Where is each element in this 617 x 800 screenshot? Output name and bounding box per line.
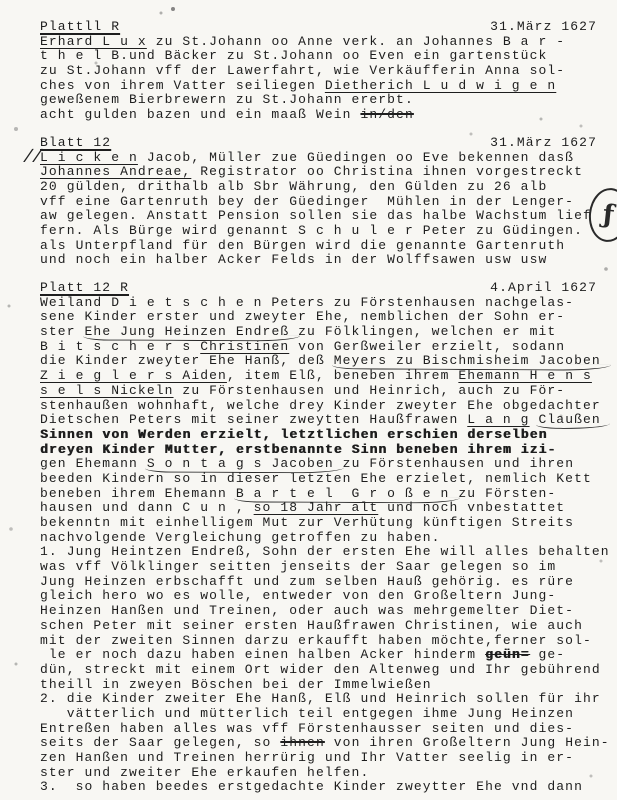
- emphasized-text-segment: L i c k e n: [40, 150, 138, 165]
- text-line: Dietschen Peters mit seiner zweytten Hau…: [40, 413, 597, 428]
- text-line: fern. Als Bürge wird genannt S c h u l e…: [40, 224, 597, 239]
- text-line: beeden Kindern so in dieser letzten Ehe …: [40, 472, 597, 487]
- emphasized-text-segment: Dietherich L u d w i g e n: [325, 78, 556, 93]
- text-line: zen Hanßen und Treinen herrürig und Ihr …: [40, 751, 597, 766]
- entry-section: Blatt 1231.März 1627L i c k e n Jacob, M…: [40, 136, 597, 268]
- text-line: L i c k e n Jacob, Müller zue Güedingen …: [40, 151, 597, 166]
- text-line: mit der zweiten Sinnen darzu erkaufft ha…: [40, 634, 597, 649]
- text-segment: beneben ihrem Ehemann: [40, 486, 236, 501]
- text-line: 1. Jung Heintzen Endreß, Sohn der ersten…: [40, 545, 597, 560]
- text-line: was vff Völklinger seitten jenseits der …: [40, 560, 597, 575]
- text-segment: 3. so haben beedes erstgedachte Kinder z…: [40, 779, 583, 794]
- text-segment: t h e l B.und Bäcker zu St.Johann oo Eve…: [40, 48, 547, 63]
- text-segment: Jung Heinzen erbschafft und zum selben H…: [40, 574, 574, 589]
- text-segment: zu Förstenhausen und Heinrich, auch zu F…: [174, 383, 566, 398]
- text-line: Entreßen haben alles was vff Förstenhaus…: [40, 722, 597, 737]
- text-line: seits der Saar gelegen, so ihnen von ihr…: [40, 736, 597, 751]
- emphasized-text-segment: erstbenannte Sinn beneben ihrem izi-: [236, 442, 556, 457]
- entry-heading: Platt 12 R: [40, 281, 129, 296]
- text-line: schen Peter mit seiner ersten Haußfrawen…: [40, 619, 597, 634]
- entry-date: 31.März 1627: [490, 136, 597, 151]
- document-body: Plattll R31.März 1627Erhard L u x zu St.…: [40, 20, 597, 795]
- emphasized-text-segment: Sinnen von Werden erzielt, letztlichen e…: [40, 427, 547, 442]
- text-line: Sinnen von Werden erzielt, letztlichen e…: [40, 428, 597, 443]
- text-line: vff eine Gartenruth bey der Güedinger Mü…: [40, 195, 597, 210]
- text-segment: vätterlich und mütterlich teil entgegen …: [40, 706, 574, 721]
- text-segment: gen Ehemann: [40, 456, 147, 471]
- text-segment: stenhaußen wohnhaft, welche drey Kinder …: [40, 398, 601, 413]
- text-line: bekenntn mit einhelligem Mut zur Verhütu…: [40, 516, 597, 531]
- text-line: die Kinder zweyter Ehe Hanß, deß Meyers …: [40, 354, 597, 369]
- text-segment: mit der zweiten Sinnen darzu erkaufft ha…: [40, 633, 592, 648]
- text-line: zu St.Johann vff der Lawerfahrt, wie Ver…: [40, 64, 597, 79]
- text-line: 2. die Kinder zweiter Ehe Hanß, Elß und …: [40, 692, 597, 707]
- entry-date: 31.März 1627: [490, 20, 597, 35]
- emphasized-text-segment: Erhard L u x: [40, 34, 147, 49]
- text-segment: zu St.Johann vff der Lawerfahrt, wie Ver…: [40, 63, 565, 78]
- text-line: s e l s Nickeln zu Förstenhausen und Hei…: [40, 384, 597, 399]
- text-line: ches von ihrem Vatter seiliegen Dietheri…: [40, 79, 597, 94]
- text-line: Z i e g l e r s Aiden, item Elß, beneben…: [40, 369, 597, 384]
- text-line: ster und zweiter Ehe erkaufen helfen.: [40, 766, 597, 781]
- text-segment: Jacob, Müller zue Güedingen oo Eve beken…: [138, 150, 574, 165]
- entry-date: 4.April 1627: [490, 281, 597, 296]
- text-line: geweßenem Bierbrewern zu St.Johann ererb…: [40, 93, 597, 108]
- text-segment: was vff Völklinger seitten jenseits der …: [40, 559, 556, 574]
- text-line: dün, streckt mit einem Ort wider den Alt…: [40, 663, 597, 678]
- text-segment: seits der Saar gelegen, so: [40, 735, 280, 750]
- text-segment: von Gerßweiler erzielt, sodann: [289, 339, 565, 354]
- text-line: Erhard L u x zu St.Johann oo Anne verk. …: [40, 35, 597, 50]
- text-segment: bekenntn mit einhelligem Mut zur Verhütu…: [40, 515, 574, 530]
- text-line: le er noch dazu haben einen halben Acker…: [40, 648, 597, 663]
- text-line: theill in zweyen Böschen bei der Immelwi…: [40, 678, 597, 693]
- text-segment: zu Försten-: [449, 486, 556, 501]
- emphasized-text-segment: Meyers zu Bischmisheim Jacoben: [334, 353, 601, 368]
- emphasized-text-segment: Z i e g l e r s Aiden: [40, 368, 227, 383]
- text-segment: hausen und dann C u n ,: [40, 500, 254, 515]
- text-line: hausen und dann C u n , so 18 Jahr alt u…: [40, 501, 597, 516]
- text-line: Heinzen Hanßen und Treinen, oder auch wa…: [40, 604, 597, 619]
- emphasized-text-segment: dreyen Kinder Mutter,: [40, 442, 236, 457]
- text-segment: Registrator oo Christina ihnen vorgestre…: [191, 164, 583, 179]
- text-segment: ster: [40, 324, 85, 339]
- text-segment: von ihren Großeltern Jung Hein-: [325, 735, 610, 750]
- text-segment: aw gelegen. Anstatt Pension sollen sie d…: [40, 208, 592, 223]
- text-segment: ge-: [530, 647, 566, 662]
- text-segment: zu St.Johann oo Anne verk. an Johannes B…: [147, 34, 565, 49]
- text-line: 20 gülden, drithalb alb Sbr Währung, den…: [40, 180, 597, 195]
- text-segment: le er noch dazu haben einen halben Acker…: [40, 647, 485, 662]
- emphasized-text-segment: L a n g: [467, 412, 529, 427]
- text-line: sene Kinder erster und zweyter Ehe, nemb…: [40, 310, 597, 325]
- emphasized-text-segment: B a r t e l G r o ß e n: [236, 486, 450, 501]
- emphasized-text-segment: Ehemann H e n s: [458, 368, 592, 383]
- text-segment: Weiland D i e t s c h e n Peters zu Förs…: [40, 295, 574, 310]
- text-line: Johannes Andreae, Registrator oo Christi…: [40, 165, 597, 180]
- text-line: gleich hero wo es wolle, entweder von de…: [40, 589, 597, 604]
- entry-heading-row: Plattll R31.März 1627: [40, 20, 597, 35]
- text-segment: gleich hero wo es wolle, entweder von de…: [40, 588, 556, 603]
- text-segment: und noch ein halber Acker Felds in der W…: [40, 252, 547, 267]
- text-line: Jung Heinzen erbschafft und zum selben H…: [40, 575, 597, 590]
- text-line: vätterlich und mütterlich teil entgegen …: [40, 707, 597, 722]
- text-segment: ster und zweiter Ehe erkaufen helfen.: [40, 765, 369, 780]
- paper-specks: [0, 0, 2, 2]
- text-line: 3. so haben beedes erstgedachte Kinder z…: [40, 780, 597, 795]
- text-line: stenhaußen wohnhaft, welche drey Kinder …: [40, 399, 597, 414]
- handwritten-slash-mark: ∕∕: [21, 151, 41, 166]
- document-page: ∕∕ ƒ Plattll R31.März 1627Erhard L u x z…: [0, 0, 617, 800]
- emphasized-text-segment: S o n t a g s Jacoben: [147, 456, 334, 471]
- text-line: ster Ehe Jung Heinzen Endreß zu Fölkling…: [40, 325, 597, 340]
- entry-heading: Plattll R: [40, 20, 120, 35]
- text-segment: geweßenem Bierbrewern zu St.Johann ererb…: [40, 92, 414, 107]
- entry-section: Plattll R31.März 1627Erhard L u x zu St.…: [40, 20, 597, 123]
- text-segment: vff eine Gartenruth bey der Güedinger Mü…: [40, 194, 574, 209]
- text-segment: zu Fölklingen, welchen er mit: [289, 324, 556, 339]
- text-line: als Unterpfland für den Bürgen wird die …: [40, 239, 597, 254]
- text-segment: die Kinder zweyter Ehe Hanß, deß: [40, 353, 334, 368]
- emphasized-text-segment: geün=: [485, 647, 530, 662]
- text-line: acht gulden bazen und ein maaß Wein in/d…: [40, 108, 597, 123]
- emphasized-text-segment: s e l s Nickeln: [40, 383, 174, 398]
- text-line: nachvolgende Vergleichung getroffen zu h…: [40, 531, 597, 546]
- text-segment: beeden Kindern so in dieser letzten Ehe …: [40, 471, 592, 486]
- entry-heading-row: Platt 12 R4.April 1627: [40, 281, 597, 296]
- text-line: Weiland D i e t s c h e n Peters zu Förs…: [40, 296, 597, 311]
- text-line: beneben ihrem Ehemann B a r t e l G r o …: [40, 487, 597, 502]
- text-segment: B i t s c h e r s: [40, 339, 200, 354]
- text-segment: schen Peter mit seiner ersten Haußfrawen…: [40, 618, 583, 633]
- text-segment: ches von ihrem Vatter seiliegen: [40, 78, 325, 93]
- entry-heading-row: Blatt 1231.März 1627: [40, 136, 597, 151]
- text-segment: theill in zweyen Böschen bei der Immelwi…: [40, 677, 432, 692]
- emphasized-text-segment: Ehe Jung Heinzen Endreß: [85, 324, 290, 339]
- text-segment: dün, streckt mit einem Ort wider den Alt…: [40, 662, 601, 677]
- text-segment: als Unterpfland für den Bürgen wird die …: [40, 238, 565, 253]
- text-line: gen Ehemann S o n t a g s Jacoben zu För…: [40, 457, 597, 472]
- text-segment: 20 gülden, drithalb alb Sbr Währung, den…: [40, 179, 547, 194]
- text-line: und noch ein halber Acker Felds in der W…: [40, 253, 597, 268]
- text-segment: 2. die Kinder zweiter Ehe Hanß, Elß und …: [40, 691, 601, 706]
- entry-section: Platt 12 R4.April 1627Weiland D i e t s …: [40, 281, 597, 795]
- emphasized-text-segment: ihnen: [280, 735, 325, 750]
- text-segment: Entreßen haben alles was vff Förstenhaus…: [40, 721, 574, 736]
- text-segment: zu Förstenhausen und ihren: [334, 456, 574, 471]
- text-segment: sene Kinder erster und zweyter Ehe, nemb…: [40, 309, 565, 324]
- text-segment: nachvolgende Vergleichung getroffen zu h…: [40, 530, 441, 545]
- entry-heading: Blatt 12: [40, 136, 111, 151]
- text-line: aw gelegen. Anstatt Pension sollen sie d…: [40, 209, 597, 224]
- text-segment: Heinzen Hanßen und Treinen, oder auch wa…: [40, 603, 574, 618]
- emphasized-text-segment: Claußen: [538, 412, 600, 427]
- text-segment: Dietschen Peters mit seiner zweytten Hau…: [40, 412, 467, 427]
- emphasized-text-segment: Johannes Andreae,: [40, 164, 191, 179]
- text-line: t h e l B.und Bäcker zu St.Johann oo Eve…: [40, 49, 597, 64]
- emphasized-text-segment: in/den: [360, 107, 413, 122]
- text-segment: , item Elß, beneben ihrem: [227, 368, 458, 383]
- text-segment: fern. Als Bürge wird genannt S c h u l e…: [40, 223, 583, 238]
- text-segment: 1. Jung Heintzen Endreß, Sohn der ersten…: [40, 544, 610, 559]
- text-segment: zen Hanßen und Treinen herrürig und Ihr …: [40, 750, 574, 765]
- text-segment: acht gulden bazen und ein maaß Wein: [40, 107, 360, 122]
